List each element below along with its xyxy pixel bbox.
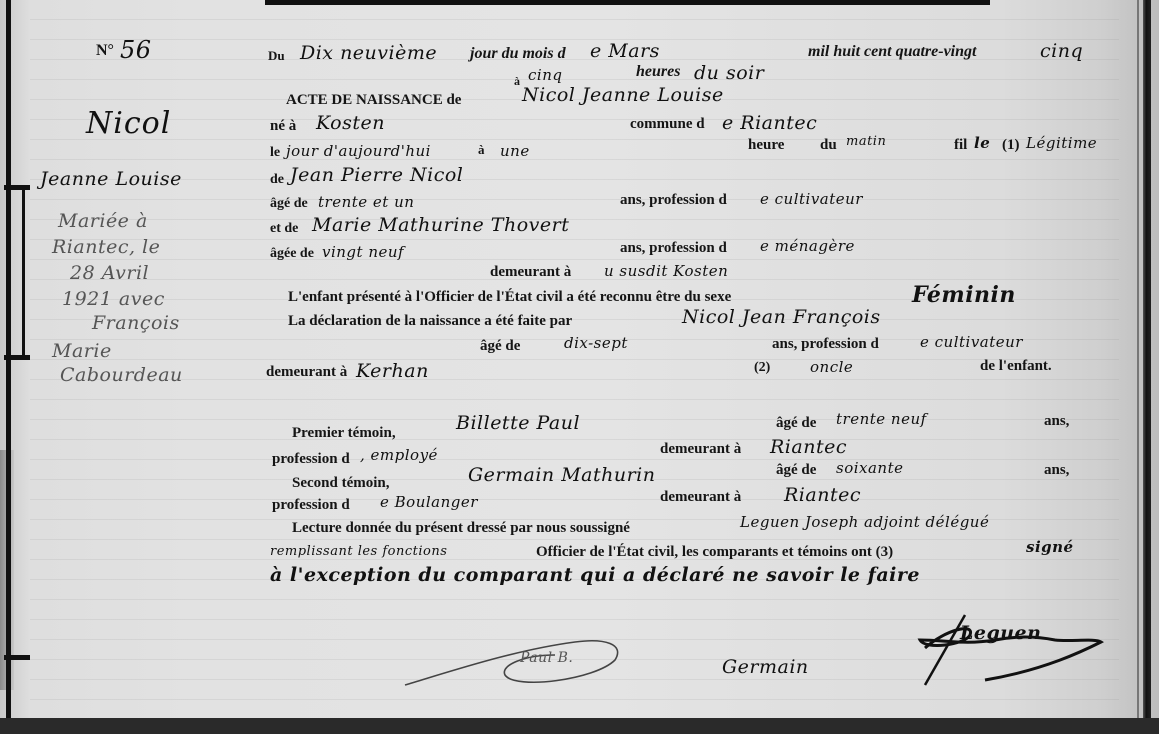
entry-sex: Féminin bbox=[912, 282, 1016, 308]
text-officier: Officier de l'État civil, les comparants… bbox=[536, 544, 893, 561]
entry-witness2-residence: Riantec bbox=[784, 484, 861, 506]
viewer-bottom-bar bbox=[0, 718, 1159, 734]
signature-paul: Paul B. bbox=[520, 650, 573, 666]
page-binding-edge bbox=[1143, 0, 1151, 718]
label-witness1-residence: demeurant à bbox=[660, 441, 741, 458]
label-declarant-profession: ans, profession d bbox=[772, 336, 879, 353]
label-ne-a: né à bbox=[270, 118, 296, 135]
label-du: Du bbox=[268, 48, 285, 64]
entry-birth-date: jour d'aujourd'hui bbox=[286, 142, 431, 160]
margin-surname: Nicol bbox=[86, 106, 171, 141]
margin-tick bbox=[4, 185, 30, 190]
entry-witness1-age: trente neuf bbox=[836, 410, 927, 428]
entry-month: e Mars bbox=[590, 40, 660, 62]
label-age-father: âgé de bbox=[270, 196, 308, 212]
label-de-lenfant: de l'enfant. bbox=[980, 358, 1052, 375]
label-fil: fil bbox=[954, 137, 967, 154]
top-rule bbox=[265, 0, 990, 5]
entry-witness2-name: Germain Mathurin bbox=[468, 464, 656, 486]
margin-annotation-line: Riantec, le bbox=[52, 236, 160, 258]
label-jour-du-mois: jour du mois d bbox=[470, 45, 566, 63]
scanned-page: N° 56 Nicol Jeanne Louise Mariée à Riant… bbox=[0, 0, 1159, 718]
margin-annotation-line: 28 Avril bbox=[70, 262, 149, 284]
label-de-father: de bbox=[270, 172, 284, 188]
label-declarant-residence: demeurant à bbox=[266, 364, 347, 381]
entry-witness2-age: soixante bbox=[836, 459, 904, 477]
margin-tick bbox=[4, 355, 30, 360]
label-witness1-age: âgé de bbox=[776, 415, 816, 432]
act-number: 56 bbox=[120, 36, 152, 64]
margin-annotation-line: 1921 avec bbox=[62, 288, 165, 310]
margin-given-names: Jeanne Louise bbox=[40, 168, 182, 190]
label-second-temoin: Second témoin, bbox=[292, 475, 390, 492]
label-a: à bbox=[514, 74, 520, 89]
title-acte-de-naissance: ACTE DE NAISSANCE de bbox=[286, 92, 461, 109]
entry-mother-name: Marie Mathurine Thovert bbox=[312, 214, 569, 236]
page-binding-line bbox=[1137, 0, 1139, 718]
entry-child-name: Nicol Jeanne Louise bbox=[522, 84, 724, 106]
entry-day: Dix neuvième bbox=[300, 42, 437, 64]
label-witness2-ans: ans, bbox=[1044, 462, 1069, 479]
note-1: (1) bbox=[1002, 137, 1020, 154]
signature-leguen: Leguen bbox=[960, 622, 1041, 644]
entry-witness2-profession: e Boulanger bbox=[380, 493, 478, 511]
label-mother-profession: ans, profession d bbox=[620, 240, 727, 257]
label-commune: commune d bbox=[630, 116, 705, 133]
label-le: le bbox=[270, 145, 280, 161]
entry-declarant: Nicol Jean François bbox=[682, 306, 881, 328]
label-witness2-profession: profession d bbox=[272, 497, 350, 514]
label-demeurant: demeurant à bbox=[490, 264, 571, 281]
entry-father-profession: e cultivateur bbox=[760, 190, 863, 208]
label-premier-temoin: Premier témoin, bbox=[292, 425, 396, 442]
label-age-mother: âgée de bbox=[270, 246, 314, 262]
entry-hour: cinq bbox=[528, 66, 562, 84]
margin-annotation-line: Mariée à bbox=[58, 210, 148, 232]
entry-father-name: Jean Pierre Nicol bbox=[290, 164, 463, 186]
entry-witness1-residence: Riantec bbox=[770, 436, 847, 458]
margin-tick bbox=[4, 655, 30, 660]
label-witness2-residence: demeurant à bbox=[660, 489, 741, 506]
label-witness2-age: âgé de bbox=[776, 462, 816, 479]
note-2: (2) bbox=[754, 360, 770, 376]
entry-birth-hour: une bbox=[500, 142, 530, 160]
entry-birthplace: Kosten bbox=[316, 112, 385, 134]
margin-annotation-line: Cabourdeau bbox=[60, 364, 183, 386]
entry-mother-age: vingt neuf bbox=[322, 243, 404, 261]
label-heures: heures bbox=[636, 63, 680, 81]
entry-fil-suffix: le bbox=[974, 134, 990, 152]
entry-parents-residence: u susdit Kosten bbox=[604, 262, 728, 280]
entry-officer: Leguen Joseph adjoint délégué bbox=[740, 513, 989, 531]
entry-witness1-profession: , employé bbox=[360, 446, 438, 464]
entry-birth-period: matin bbox=[846, 134, 886, 149]
entry-legitimacy: Légitime bbox=[1026, 134, 1097, 152]
entry-declarant-residence: Kerhan bbox=[356, 360, 429, 382]
entry-declarant-profession: e cultivateur bbox=[920, 333, 1023, 351]
label-witness1-profession: profession d bbox=[272, 451, 350, 468]
margin-annotation-line: Marie bbox=[52, 340, 112, 362]
entry-father-age: trente et un bbox=[318, 193, 414, 211]
left-margin-rule bbox=[6, 0, 11, 718]
label-heure: heure bbox=[748, 137, 784, 154]
label-year: mil huit cent quatre-vingt bbox=[808, 43, 976, 61]
label-du-period: du bbox=[820, 137, 837, 154]
entry-commune: e Riantec bbox=[722, 112, 817, 134]
label-age-declarant: âgé de bbox=[480, 338, 520, 355]
label-father-profession: ans, profession d bbox=[620, 192, 727, 209]
text-lecture: Lecture donnée du présent dressé par nou… bbox=[292, 520, 630, 537]
margin-annotation-line: François bbox=[92, 312, 180, 334]
signature-germain: Germain bbox=[722, 656, 809, 678]
label-witness1-ans: ans, bbox=[1044, 413, 1069, 430]
label-et-de: et de bbox=[270, 221, 298, 237]
number-label: N° bbox=[96, 42, 114, 60]
entry-year: cinq bbox=[1040, 40, 1083, 62]
entry-mother-profession: e ménagère bbox=[760, 237, 855, 255]
text-enfant-presente: L'enfant présenté à l'Officier de l'État… bbox=[288, 289, 731, 306]
label-at: à bbox=[478, 142, 485, 158]
entry-signed: signé bbox=[1026, 538, 1074, 556]
margin-bracket bbox=[22, 190, 25, 360]
entry-witness1-name: Billette Paul bbox=[456, 412, 580, 434]
entry-declarant-age: dix-sept bbox=[564, 334, 628, 352]
entry-period: du soir bbox=[694, 62, 764, 84]
text-declaration: La déclaration de la naissance a été fai… bbox=[288, 313, 572, 330]
entry-replacing: remplissant les fonctions bbox=[270, 544, 447, 559]
entry-relation: oncle bbox=[810, 358, 853, 376]
entry-exception: à l'exception du comparant qui a déclaré… bbox=[270, 564, 920, 586]
